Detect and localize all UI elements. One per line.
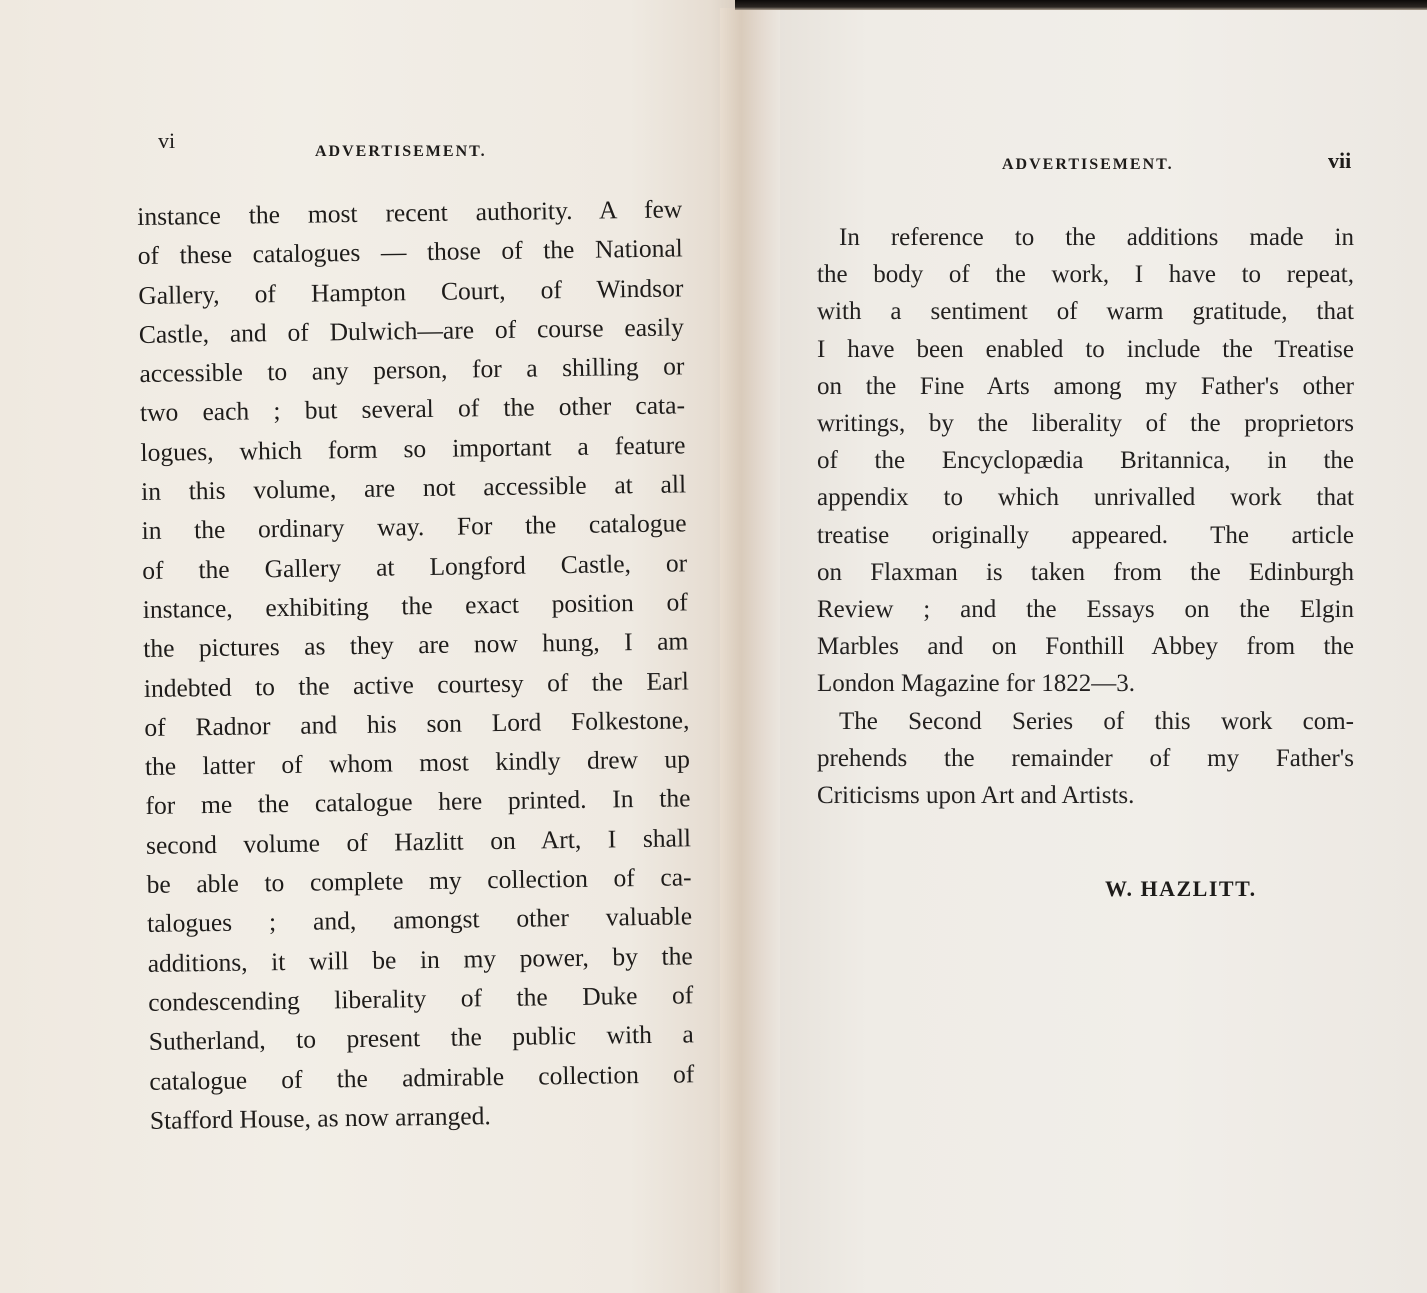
left-running-head: ADVERTISEMENT. bbox=[315, 143, 487, 161]
text-line: London Magazine for 1822—3. bbox=[817, 665, 1354, 702]
text-line: appendix to which unrivalled work that bbox=[817, 479, 1354, 516]
text-line: Stafford House, as now arranged. bbox=[150, 1093, 695, 1140]
author-signature: W. HAZLITT. bbox=[1105, 876, 1257, 902]
text-line: Marbles and on Fonthill Abbey from the bbox=[817, 628, 1354, 665]
text-line: Review ; and the Essays on the Elgin bbox=[817, 591, 1354, 628]
page-top-edge-shadow bbox=[735, 0, 1427, 10]
text-line: on Flaxman is taken from the Edinburgh bbox=[817, 554, 1354, 591]
text-line: In reference to the additions made in bbox=[817, 219, 1354, 256]
text-line: with a sentiment of warm gratitude, that bbox=[817, 293, 1354, 330]
text-line: The Second Series of this work com- bbox=[817, 703, 1354, 740]
text-line: writings, by the liberality of the propr… bbox=[817, 405, 1354, 442]
text-line: catalogue of the admirable collection of bbox=[149, 1054, 694, 1101]
text-line: Criticisms upon Art and Artists. bbox=[817, 777, 1354, 814]
book-gutter bbox=[720, 8, 780, 1293]
book-spread: vi ADVERTISEMENT. instance the most rece… bbox=[0, 0, 1427, 1293]
text-line: I have been enabled to include the Treat… bbox=[817, 331, 1354, 368]
text-line: on the Fine Arts among my Father's other bbox=[817, 368, 1354, 405]
text-line: treatise originally appeared. The articl… bbox=[817, 517, 1354, 554]
left-folio: vi bbox=[158, 128, 175, 154]
right-folio: vii bbox=[1328, 148, 1351, 174]
text-line: prehends the remainder of my Father's bbox=[817, 740, 1354, 777]
right-body-text: In reference to the additions made in th… bbox=[817, 219, 1354, 814]
text-line: the body of the work, I have to repeat, bbox=[817, 256, 1354, 293]
right-running-head: ADVERTISEMENT. bbox=[1002, 156, 1174, 174]
left-body-text: instance the most recent authority. A fe… bbox=[137, 189, 695, 1140]
text-line: Sutherland, to present the public with a bbox=[149, 1015, 694, 1062]
text-line: of the Encyclopædia Britannica, in the bbox=[817, 442, 1354, 479]
